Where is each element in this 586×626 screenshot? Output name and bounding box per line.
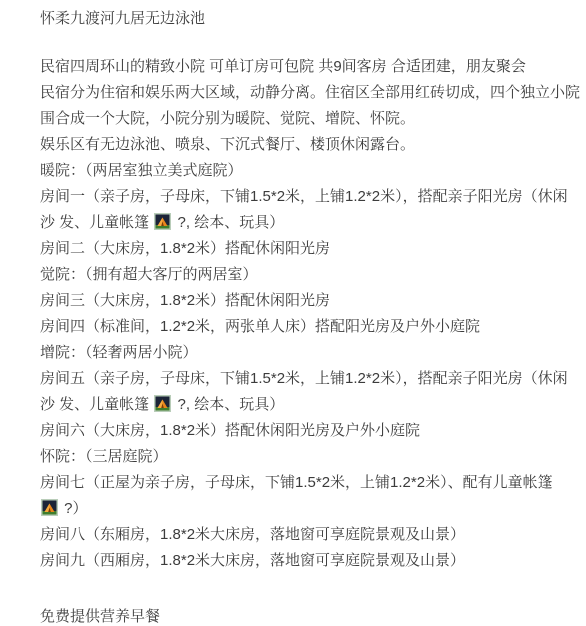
text-line: 房间九（西厢房，1.8*2米大床房，落地窗可享庭院景观及山景）	[40, 548, 568, 574]
text-line: 沙 发、儿童帐篷 ?, 绘本、玩具）	[40, 210, 568, 236]
text-segment: 房间三（大床房，1.8*2米）搭配休闲阳光房	[40, 292, 330, 309]
tent-emoji-icon	[154, 213, 171, 230]
body-text: 民宿四周环山的精致小院 可单订房可包院 共9间客房 合适团建，朋友聚会民宿分为住…	[40, 54, 568, 626]
text-segment: 房间五（亲子房，子母床，下铺1.5*2米，上铺1.2*2米），搭配亲子阳光房（休…	[40, 370, 568, 387]
text-segment: 觉院：（拥有超大客厅的两居室）	[40, 266, 258, 283]
text-segment: 房间九（西厢房，1.8*2米大床房，落地窗可享庭院景观及山景）	[40, 552, 465, 569]
text-segment: ?, 绘本、玩具）	[178, 214, 285, 231]
blank-line	[40, 574, 568, 604]
text-line: 娱乐区有无边泳池、喷泉、下沉式餐厅、楼顶休闲露台。	[40, 132, 568, 158]
text-segment: 房间七（正屋为亲子房，子母床，下铺1.5*2米，上铺1.2*2米）、配有儿童帐篷	[40, 474, 553, 491]
text-line: 房间五（亲子房，子母床，下铺1.5*2米，上铺1.2*2米），搭配亲子阳光房（休…	[40, 366, 568, 392]
text-line: 房间一（亲子房，子母床，下铺1.5*2米，上铺1.2*2米），搭配亲子阳光房（休…	[40, 184, 568, 210]
text-line: 房间二（大床房，1.8*2米）搭配休闲阳光房	[40, 236, 568, 262]
text-segment: 房间一（亲子房，子母床，下铺1.5*2米，上铺1.2*2米），搭配亲子阳光房（休…	[40, 188, 568, 205]
text-line: 民宿分为住宿和娱乐两大区域，动静分离。住宿区全部用红砖切成，四个独立小院	[40, 80, 568, 106]
text-segment: 娱乐区有无边泳池、喷泉、下沉式餐厅、楼顶休闲露台。	[40, 136, 415, 153]
text-line: 民宿四周环山的精致小院 可单订房可包院 共9间客房 合适团建，朋友聚会	[40, 54, 568, 80]
page-title: 怀柔九渡河九居无边泳池	[40, 6, 568, 32]
text-line: 房间三（大床房，1.8*2米）搭配休闲阳光房	[40, 288, 568, 314]
text-segment: 房间六（大床房，1.8*2米）搭配休闲阳光房及户外小庭院	[40, 422, 420, 439]
text-line: 房间八（东厢房，1.8*2米大床房，落地窗可享庭院景观及山景）	[40, 522, 568, 548]
text-line: 房间六（大床房，1.8*2米）搭配休闲阳光房及户外小庭院	[40, 418, 568, 444]
text-segment: 房间八（东厢房，1.8*2米大床房，落地窗可享庭院景观及山景）	[40, 526, 465, 543]
text-segment: ?, 绘本、玩具）	[178, 396, 285, 413]
text-line: 免费提供营养早餐	[40, 604, 568, 626]
text-line: 房间七（正屋为亲子房，子母床，下铺1.5*2米，上铺1.2*2米）、配有儿童帐篷	[40, 470, 568, 496]
text-segment: 房间四（标准间，1.2*2米，两张单人床）搭配阳光房及户外小庭院	[40, 318, 480, 335]
text-segment: 民宿四周环山的精致小院 可单订房可包院 共9间客房 合适团建，朋友聚会	[40, 58, 526, 75]
text-segment: 房间二（大床房，1.8*2米）搭配休闲阳光房	[40, 240, 330, 257]
article-page: 怀柔九渡河九居无边泳池 民宿四周环山的精致小院 可单订房可包院 共9间客房 合适…	[0, 0, 586, 626]
text-segment: 围合成一个大院，小院分别为暖院、觉院、增院、怀院。	[40, 110, 415, 127]
tent-emoji-icon	[41, 499, 58, 516]
text-segment: 沙 发、儿童帐篷	[40, 214, 153, 231]
text-segment: 免费提供营养早餐	[40, 608, 160, 625]
text-segment: 沙 发、儿童帐篷	[40, 396, 153, 413]
text-line: 觉院：（拥有超大客厅的两居室）	[40, 262, 568, 288]
text-segment: ?）	[64, 500, 87, 517]
tent-emoji-icon	[154, 395, 171, 412]
text-line: 暖院：（两居室独立美式庭院）	[40, 158, 568, 184]
text-line: 增院：（轻奢两居小院）	[40, 340, 568, 366]
text-segment: 暖院：（两居室独立美式庭院）	[40, 162, 243, 179]
text-line: 怀院：（三居庭院）	[40, 444, 568, 470]
text-segment: 民宿分为住宿和娱乐两大区域，动静分离。住宿区全部用红砖切成，四个独立小院	[40, 84, 580, 101]
text-segment: 增院：（轻奢两居小院）	[40, 344, 198, 361]
text-line: 房间四（标准间，1.2*2米，两张单人床）搭配阳光房及户外小庭院	[40, 314, 568, 340]
text-segment: 怀院：（三居庭院）	[40, 448, 168, 465]
text-line: 围合成一个大院，小院分别为暖院、觉院、增院、怀院。	[40, 106, 568, 132]
text-line: ?）	[40, 496, 568, 522]
text-line: 沙 发、儿童帐篷 ?, 绘本、玩具）	[40, 392, 568, 418]
